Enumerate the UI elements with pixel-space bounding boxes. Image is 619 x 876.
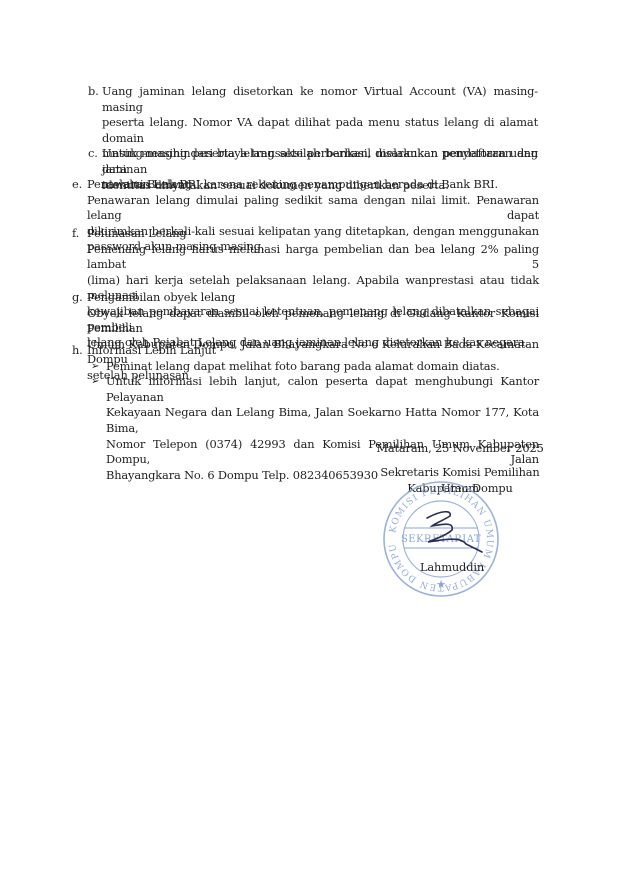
bullet-line: Peminat lelang dapat melihat foto barang… [106,359,539,375]
bullet-item: ➢ Peminat lelang dapat melihat foto bara… [87,359,539,375]
section-label: e. [72,177,86,193]
official-stamp-icon: KOMISI PEMILIHAN UMUM KABUPATEN DOMPU SE… [382,480,500,598]
bullet-line: Untuk informasi lebih lanjut, calon pese… [106,374,539,405]
item-b-line: Uang jaminan lelang disetorkan ke nomor … [102,84,538,115]
arrow-bullet-icon: ➢ [91,359,99,375]
section-label: f. [72,226,86,242]
arrow-bullet-icon: ➢ [91,374,99,390]
item-label: c. [88,146,102,162]
item-b-line: peserta lelang. Nomor VA dapat dilihat p… [102,115,538,146]
section-title: Pengambilan obyek lelang [87,290,539,306]
section-line: Pemenang lelang harus melunasi harga pem… [87,242,539,273]
section-line: Obyek lelang dapat diambil oleh pemenang… [87,306,539,337]
section-title: Informasi Lebih Lanjut [87,343,539,359]
section-informasi-lebih-lanjut: h. Informasi Lebih Lanjut ➢ Peminat lela… [72,343,539,483]
section-label: g. [72,290,86,306]
signatory-name: Lahmuddin [382,560,522,576]
section-line: Penawaran lelang dimulai paling sedikit … [87,193,539,224]
section-title: Pelunasan Lelang [87,226,539,242]
section-label: h. [72,343,86,359]
item-c-line: Untuk menghindari biaya transaksi perban… [102,146,538,177]
bullet-line: Kekayaan Negara dan Lelang Bima, Jalan S… [106,405,539,436]
place-date: Mataram, 25 November 2025 [360,441,560,457]
section-title: Penawaran Lelang [87,177,539,193]
svg-text:★: ★ [436,578,446,591]
document-page: b. Uang jaminan lelang disetorkan ke nom… [0,0,619,876]
item-label: b. [88,84,102,100]
